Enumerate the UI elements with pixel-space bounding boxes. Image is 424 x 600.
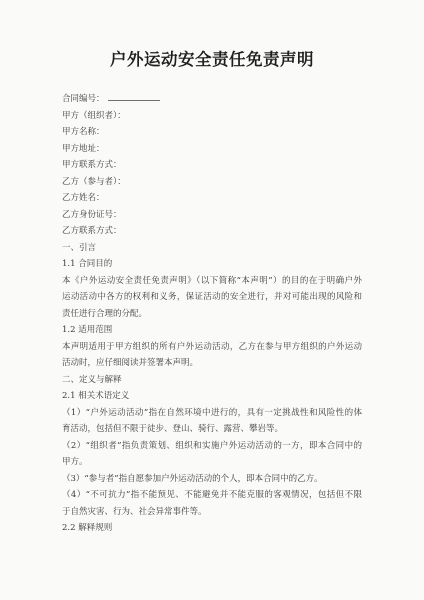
field-row-party-a-contact: 甲方联系方式： (62, 157, 362, 174)
field-label: 乙方姓名： (62, 193, 105, 203)
body-line: （3）“参与者”指自愿参加户外运动活动的个人，即本合同中的乙方。 (62, 471, 362, 488)
document-title: 户外运动安全责任免责声明 (62, 49, 362, 71)
body-line: 活动时，应仔细阅读并签署本声明。 (62, 355, 362, 372)
contract-number-blank (108, 91, 160, 101)
field-row-party-b: 乙方（参与者）： (62, 174, 362, 191)
body-line: （1）“户外运动活动”指在自然环境中进行的，具有一定挑战性和风险性的体 (62, 405, 362, 422)
section-heading: 1.2 适用范围 (62, 322, 362, 339)
field-label: 甲方联系方式： (62, 160, 122, 170)
body-line: 运动活动中各方的权利和义务，保证活动的安全进行，并对可能出现的风险和 (62, 289, 362, 306)
body-line: （4）“不可抗力”指不能预见、不能避免并不能克服的客观情况，包括但不限 (62, 487, 362, 504)
body-line: 于自然灾害、行为、社会异常事件等。 (62, 504, 362, 521)
body-line: 本声明适用于甲方组织的所有户外运动活动，乙方在参与甲方组织的户外运动 (62, 339, 362, 356)
body-line: 责任进行合理的分配。 (62, 306, 362, 323)
document-page: 户外运动安全责任免责声明 合同编号： 甲方（组织者）： 甲方名称： 甲方地址： … (0, 0, 424, 600)
field-row-party-b-contact: 乙方联系方式： (62, 223, 362, 240)
field-label: 甲方地址： (62, 144, 105, 154)
field-row-party-b-name: 乙方姓名： (62, 190, 362, 207)
section-heading: 1.1 合同目的 (62, 256, 362, 273)
field-label: 甲方名称： (62, 127, 105, 137)
field-label: 合同编号： (62, 94, 105, 104)
field-row-party-a: 甲方（组织者）： (62, 108, 362, 125)
field-row-contract-number: 合同编号： (62, 91, 362, 108)
field-label: 乙方（参与者）： (62, 177, 126, 187)
field-row-party-a-name: 甲方名称： (62, 124, 362, 141)
field-label: 乙方身份证号： (62, 210, 122, 220)
body-line: 育活动，包括但不限于徒步、登山、骑行、露营、攀岩等。 (62, 421, 362, 438)
field-row-party-b-id: 乙方身份证号： (62, 207, 362, 224)
section-heading: 2.2 解释规则 (62, 520, 362, 537)
body-line: 甲方。 (62, 454, 362, 471)
section-heading: 一、引言 (62, 240, 362, 257)
document-content: 户外运动安全责任免责声明 合同编号： 甲方（组织者）： 甲方名称： 甲方地址： … (0, 0, 424, 537)
section-heading: 二、定义与解释 (62, 372, 362, 389)
section-heading: 2.1 相关术语定义 (62, 388, 362, 405)
field-label: 甲方（组织者）： (62, 111, 126, 121)
body-line: 本《户外运动安全责任免责声明》（以下简称“本声明”）的目的在于明确户外 (62, 273, 362, 290)
field-label: 乙方联系方式： (62, 226, 122, 236)
field-row-party-a-address: 甲方地址： (62, 141, 362, 158)
body-line: （2）“组织者”指负责策划、组织和实施户外运动活动的一方，即本合同中的 (62, 438, 362, 455)
